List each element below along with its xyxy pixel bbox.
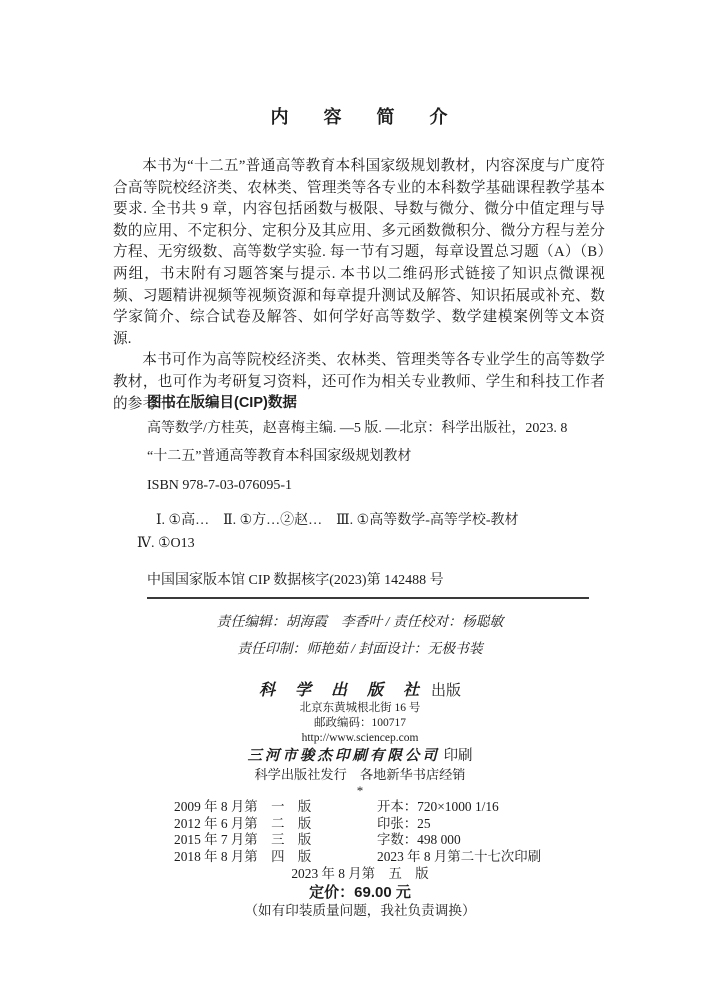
publisher-suffix: 出版 [431,683,461,699]
staff-credits-section: 责任编辑：胡海霞 李香叶 / 责任校对：杨聪敏 责任印制：师艳茹 / 封面设计：… [0,608,720,662]
printer-line: 三河市骏杰印刷有限公司 印刷 [0,747,720,766]
distribution-line: 科学出版社发行 各地新华书店经销 [0,766,720,783]
staff-editors-line: 责任编辑：胡海霞 李香叶 / 责任校对：杨聪敏 [0,608,720,635]
edition-date: 2009 年 8 月第 一 版 [174,799,377,816]
cip-classification-line-1: Ⅰ. ①高… Ⅱ. ①方…②赵… Ⅲ. ①高等数学-高等学校-教材 [147,512,605,530]
cip-heading: 图书在版编目(CIP)数据 [147,394,605,412]
edition-info: 开本：720×1000 1/16 [377,799,546,816]
publisher-name: 科 学 出 版 社 [259,682,427,699]
edition-info: 2023 年 8 月第二十七次印刷 [377,849,546,866]
staff-print-design-line: 责任印制：师艳茹 / 封面设计：无极书装 [0,635,720,662]
edition-row-4: 2018 年 8 月第 四 版 2023 年 8 月第二十七次印刷 [174,849,546,866]
content-summary-section: 内 容 简 介 本书为“十二五”普通高等教育本科国家级规划教材，内容深度与广度符… [113,103,605,415]
printer-name: 三河市骏杰印刷有限公司 [247,748,440,764]
edition-row-2: 2012 年 6 月第 二 版 印张：25 [174,816,546,833]
current-edition-line: 2023 年 8 月第 五 版 [0,865,720,882]
publisher-line: 科 学 出 版 社 出版 [0,681,720,701]
colophon-section: 科 学 出 版 社 出版 北京东黄城根北街 16 号 邮政编码：100717 h… [0,681,720,920]
cip-classification-line-2: Ⅳ. ①O13 [137,535,605,553]
edition-row-3: 2015 年 7 月第 三 版 字数：498 000 [174,832,546,849]
summary-paragraph-1: 本书为“十二五”普通高等教育本科国家级规划教材，内容深度与广度符合高等院校经济类… [113,156,605,350]
publisher-address: 北京东黄城根北街 16 号 [0,701,720,716]
quality-note-line: （如有印装质量问题，我社负责调换） [0,902,720,920]
copyright-page: 内 容 简 介 本书为“十二五”普通高等教育本科国家级规划教材，内容深度与广度符… [0,0,720,1000]
edition-history: 2009 年 8 月第 一 版 开本：720×1000 1/16 2012 年 … [174,799,546,865]
printer-suffix: 印刷 [444,748,473,764]
page-title: 内 容 简 介 [113,103,605,129]
edition-row-1: 2009 年 8 月第 一 版 开本：720×1000 1/16 [174,799,546,816]
cip-bibliographic-line: 高等数学/方桂英，赵喜梅主编. —5 版. —北京：科学出版社，2023. 8 [147,420,605,438]
cip-series-line: “十二五”普通高等教育本科国家级规划教材 [147,448,605,466]
isbn-number: ISBN 978-7-03-076095-1 [147,477,605,495]
edition-date: 2018 年 8 月第 四 版 [174,849,377,866]
edition-date: 2012 年 6 月第 二 版 [174,816,377,833]
price-line: 定价：69.00 元 [0,883,720,902]
publisher-postcode: 邮政编码：100717 [0,716,720,731]
edition-info: 印张：25 [377,816,546,833]
cip-registry-number: 中国国家版本馆 CIP 数据核字(2023)第 142488 号 [147,572,605,590]
star-separator: * [0,783,720,798]
edition-info: 字数：498 000 [377,832,546,849]
cip-data-section: 图书在版编目(CIP)数据 高等数学/方桂英，赵喜梅主编. —5 版. —北京：… [147,394,605,590]
section-divider [147,597,589,599]
edition-date: 2015 年 7 月第 三 版 [174,832,377,849]
publisher-url: http://www.sciencep.com [0,731,720,746]
